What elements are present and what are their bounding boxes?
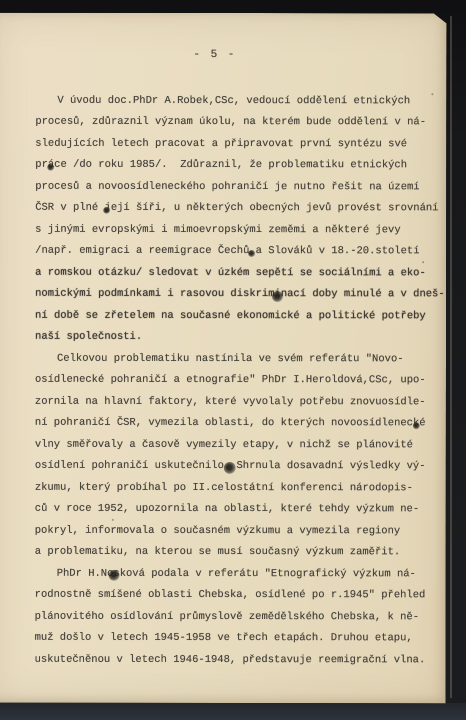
paper-speckle [112,519,114,521]
text-line: nomickými podmínkami i rasovou diskrimin… [35,284,434,306]
page-edge-highlight [450,16,452,698]
text-line: s jinými evropskými i mimoevropskými zem… [35,219,434,241]
text-line: naší společnosti. [35,327,434,349]
text-line: plánovitého osídlování průmyslově zemědě… [35,606,434,628]
text-line: a problematiku, na kterou se musí součas… [35,542,434,564]
ink-blot [272,291,283,302]
text-line: ČSR v plné její šíři, u některých obecný… [35,198,434,220]
text-line: rodnostně smíšené oblasti Chebska, osídl… [35,585,434,607]
text-line: ců v roce 1952, upozornila na oblasti, k… [35,499,434,521]
text-line: práce /do roku 1985/. Zdůraznil, že prob… [35,155,434,177]
ink-blot [248,250,255,257]
text-line: zkumu, který probíhal po II.celostátní k… [35,477,434,499]
text-line: ní době se zřetelem na současné ekonomic… [35,305,434,327]
text-line: procesů, zdůraznil význam úkolu, na kter… [35,112,434,134]
page-content: - 5 - V úvodu doc.PhDr A.Robek,CSc, vedo… [35,45,435,672]
document-page: - 5 - V úvodu doc.PhDr A.Robek,CSc, vedo… [0,13,446,704]
text-line: V úvodu doc.PhDr A.Robek,CSc, vedoucí od… [35,90,434,112]
ink-blot [413,422,420,429]
scanner-bed-edge [0,703,466,720]
text-line: a romskou otázku/ sledovat v úzkém sepět… [35,262,434,284]
ink-blot [109,569,120,580]
text-line: uskutečněnou v letech 1946-1948, předsta… [35,649,434,671]
text-line: /např. emigraci a reemigrace Čechů a Slo… [35,241,434,263]
ink-blot [103,206,110,213]
text-line: procesů a novoosídleneckého pohraničí je… [35,176,434,198]
text-body: V úvodu doc.PhDr A.Robek,CSc, vedoucí od… [35,90,435,671]
ink-blot [47,163,54,170]
text-line: Celkovou problematiku nastínila ve svém … [35,348,434,370]
paper-speckle [422,261,424,263]
text-line: vlny směřovaly a časově vymezily etapy, … [35,434,434,456]
scan-background: - 5 - V úvodu doc.PhDr A.Robek,CSc, vedo… [0,0,466,720]
text-line: muž došlo v letech 1945-1958 ve třech et… [35,628,434,650]
text-line: ní pohraničí ČSR, vymezila oblasti, do k… [35,413,434,435]
text-line: pokryl, informovala o současném výzkumu … [35,520,434,542]
text-line: PhDr H.Nosková podala v referátu "Etnogr… [35,563,434,585]
ink-blot [224,462,236,474]
text-line: zornila na hlavní faktory, které vyvolal… [35,391,434,413]
page-number: - 5 - [35,45,434,67]
paper-speckle [431,93,433,95]
text-line: osídlenecké pohraničí a etnografie" PhDr… [35,370,434,392]
text-line: sledujících letech pracovat a připravova… [35,133,434,155]
